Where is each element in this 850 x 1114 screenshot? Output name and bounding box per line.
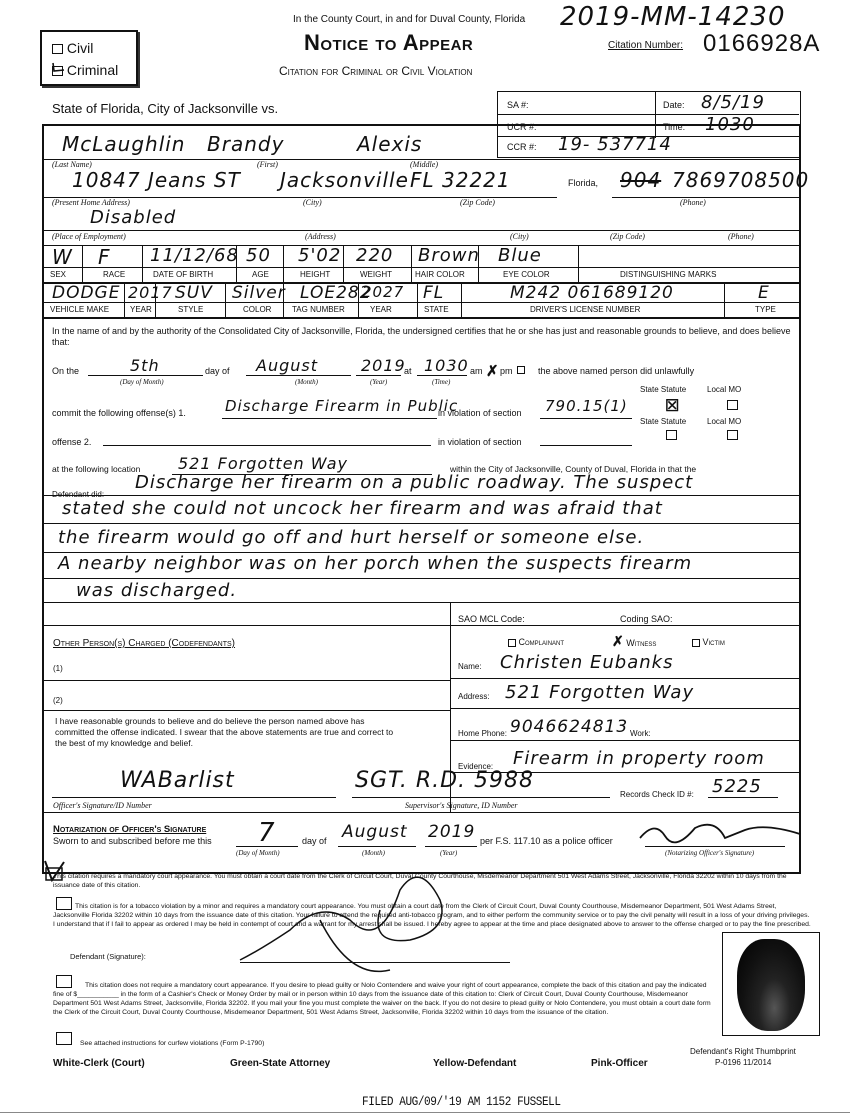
complainant-checkbox[interactable] bbox=[508, 639, 516, 647]
narrative-line-4: A nearby neighbor was on her porch when … bbox=[58, 553, 692, 574]
drivers-license-label: DRIVER'S LICENSE NUMBER bbox=[530, 305, 640, 314]
race-label: RACE bbox=[103, 270, 125, 279]
sex-label: SEX bbox=[50, 270, 66, 279]
victim-option[interactable]: Victim bbox=[692, 637, 725, 647]
notary-signature-label: (Notarizing Officer's Signature) bbox=[665, 849, 754, 857]
license-type-label: TYPE bbox=[755, 305, 776, 314]
court-line: In the County Court, in and for Duval Co… bbox=[293, 14, 525, 25]
records-check-value: 5225 bbox=[712, 776, 762, 797]
witness-address: 521 Forgotten Way bbox=[505, 682, 694, 703]
vehicle-color-label: COLOR bbox=[243, 305, 271, 314]
complainant-option[interactable]: Complainant bbox=[508, 637, 564, 647]
offense-location: 521 Forgotten Way bbox=[178, 454, 348, 473]
copy-pink: Pink-Officer bbox=[591, 1058, 648, 1069]
citation-number-label: Citation Number: bbox=[608, 40, 683, 51]
home-state-zip: FL 32221 bbox=[410, 168, 511, 192]
thumbprint-label: Defendant's Right Thumbprint bbox=[690, 1047, 796, 1056]
weight-value: 220 bbox=[356, 245, 393, 266]
tag-number-label: TAG NUMBER bbox=[292, 305, 345, 314]
officer-signature[interactable]: WABarlist bbox=[120, 768, 235, 793]
codefendant-1: (1) bbox=[53, 664, 63, 673]
employment: Disabled bbox=[90, 207, 176, 228]
notary-year-label: (Year) bbox=[440, 849, 457, 857]
am-checkbox-checked[interactable]: ✗ bbox=[486, 362, 499, 380]
witness-home-phone-label: Home Phone: bbox=[458, 729, 507, 738]
pm-label: pm bbox=[500, 366, 513, 376]
notary-per-text: per F.S. 117.10 as a police officer bbox=[480, 836, 613, 846]
violation1-label: in violation of section bbox=[438, 408, 522, 418]
location-label: at the following location bbox=[52, 464, 140, 474]
height-value: 5'02 bbox=[298, 245, 341, 266]
dob-value: 11/12/68 bbox=[150, 245, 239, 266]
narrative-line-1: Discharge her firearm on a public roadwa… bbox=[135, 472, 693, 493]
age-value: 50 bbox=[246, 245, 271, 266]
sao-mcl-label: SAO MCL Code: bbox=[458, 614, 525, 624]
emp-city-label: (City) bbox=[510, 232, 529, 241]
offense2-label: offense 2. bbox=[52, 437, 91, 447]
victim-checkbox[interactable] bbox=[692, 639, 700, 647]
officer-signature-label: Officer's Signature/ID Number bbox=[53, 801, 152, 810]
age-label: AGE bbox=[252, 270, 269, 279]
unlawfully-text: the above named person did unlawfully bbox=[538, 366, 694, 376]
officer-oath: I have reasonable grounds to believe and… bbox=[55, 716, 405, 749]
vehicle-year-label: YEAR bbox=[130, 305, 152, 314]
hair-color-value: Brown bbox=[418, 245, 480, 266]
offense1-label: commit the following offense(s) 1. bbox=[52, 408, 186, 418]
distinguishing-marks-label: DISTINGUISHING MARKS bbox=[620, 270, 716, 279]
notary-day-label: (Day of Month) bbox=[236, 849, 280, 857]
notary-signature[interactable] bbox=[635, 818, 805, 848]
year-label: (Year) bbox=[370, 378, 387, 386]
am-label: am bbox=[470, 366, 483, 376]
local-mo-checkbox-2[interactable] bbox=[727, 430, 738, 440]
zip-label: (Zip Code) bbox=[460, 198, 495, 207]
filed-stamp: FILED AUG/09/'19 AM 1152 FUSSELL bbox=[362, 1094, 561, 1109]
evidence-value: Firearm in property room bbox=[513, 748, 765, 769]
day-label: (Day of Month) bbox=[120, 378, 164, 386]
emp-phone-label: (Phone) bbox=[728, 232, 754, 241]
first-name-label: (First) bbox=[257, 160, 278, 169]
notary-day-of: day of bbox=[302, 836, 327, 846]
notary-month: August bbox=[342, 822, 408, 842]
home-address: 10847 Jeans ST bbox=[72, 168, 241, 192]
offense-day: 5th bbox=[130, 356, 160, 375]
local-mo-label-1: Local MO bbox=[707, 385, 741, 394]
witness-address-label: Address: bbox=[458, 692, 490, 701]
thumbprint-box bbox=[722, 932, 820, 1036]
offense-year: 2019 bbox=[361, 356, 406, 375]
height-label: HEIGHT bbox=[300, 270, 330, 279]
case-number: 2019-MM-14230 bbox=[560, 2, 786, 32]
on-the-label: On the bbox=[52, 366, 79, 376]
tag-year-value: 2027 bbox=[362, 283, 404, 301]
license-type-value: E bbox=[758, 283, 770, 303]
copy-yellow: Yellow-Defendant bbox=[433, 1058, 516, 1069]
first-name: Brandy bbox=[207, 132, 284, 156]
checkmark-icon bbox=[51, 61, 65, 75]
eye-color-value: Blue bbox=[498, 245, 542, 266]
florida-label: Florida, bbox=[568, 178, 598, 188]
civil-checkbox[interactable] bbox=[52, 44, 63, 54]
thumbprint-image bbox=[737, 939, 805, 1031]
vehicle-style-value: SUV bbox=[175, 283, 213, 303]
address-label: (Present Home Address) bbox=[52, 198, 130, 207]
notary-year: 2019 bbox=[428, 822, 475, 842]
phone-label: (Phone) bbox=[680, 198, 706, 207]
tag-state-value: FL bbox=[423, 283, 444, 303]
local-mo-checkbox-1[interactable] bbox=[727, 400, 738, 410]
day-of-label: day of bbox=[205, 366, 230, 376]
city-label: (City) bbox=[303, 198, 322, 207]
month-label: (Month) bbox=[295, 378, 318, 386]
curfew-checkbox[interactable] bbox=[56, 1032, 72, 1045]
witness-option[interactable]: ✗ Witness bbox=[612, 633, 656, 650]
defendant-signature-label: Defendant (Signature): bbox=[70, 952, 146, 961]
criminal-checkbox[interactable] bbox=[52, 66, 63, 76]
records-check-label: Records Check ID #: bbox=[620, 790, 694, 799]
state-statute-label-1: State Statute bbox=[640, 385, 686, 394]
page-subtitle: Citation for Criminal or Civil Violation bbox=[279, 64, 472, 78]
vehicle-make-value: DODGE bbox=[52, 283, 120, 303]
race-value: F bbox=[98, 245, 111, 269]
emp-address-label: (Address) bbox=[305, 232, 336, 241]
case-type-box: Civil Criminal bbox=[40, 30, 138, 86]
curfew-notice: See attached instructions for curfew vio… bbox=[80, 1039, 264, 1048]
sa-label: SA #: bbox=[507, 100, 529, 110]
employment-label: (Place of Employment) bbox=[52, 232, 126, 241]
page-title: Notice to Appear bbox=[304, 30, 473, 56]
home-phone: 7869708500 bbox=[672, 168, 809, 192]
date-label: Date: bbox=[663, 100, 685, 110]
at-label: at bbox=[404, 366, 412, 376]
narrative-line-3: the firearm would go off and hurt hersel… bbox=[58, 527, 644, 548]
form-number: P-0196 11/2014 bbox=[715, 1058, 771, 1067]
home-city: Jacksonville bbox=[280, 168, 409, 192]
authority-statement: In the name of and by the authority of t… bbox=[52, 326, 797, 348]
copy-white: White-Clerk (Court) bbox=[53, 1058, 145, 1069]
narrative-line-5: was discharged. bbox=[76, 580, 237, 601]
vehicle-make-label: VEHICLE MAKE bbox=[50, 305, 109, 314]
drivers-license-value: M242 061689120 bbox=[510, 283, 674, 303]
vehicle-color-value: Silver bbox=[232, 283, 286, 303]
evidence-label: Evidence: bbox=[458, 762, 493, 771]
local-mo-label-2: Local MO bbox=[707, 417, 741, 426]
tag-state-label: STATE bbox=[424, 305, 449, 314]
weight-label: WEIGHT bbox=[360, 270, 392, 279]
vehicle-year-value: 2017 bbox=[128, 283, 173, 302]
tag-number-value: LOE282 bbox=[300, 283, 372, 303]
narrative-line-2: stated she could not uncock her firearm … bbox=[62, 498, 663, 519]
vehicle-style-label: STYLE bbox=[178, 305, 203, 314]
notary-day: 7 bbox=[258, 818, 276, 848]
sworn-text: Sworn to and subscribed before me this bbox=[53, 836, 212, 846]
witness-checkbox-checked[interactable]: ✗ bbox=[612, 633, 624, 649]
date-value: 8/5/19 bbox=[701, 92, 765, 113]
pm-checkbox[interactable] bbox=[517, 366, 525, 374]
notarization-title: Notarization of Officer's Signature bbox=[53, 824, 206, 835]
case-caption: State of Florida, City of Jacksonville v… bbox=[52, 101, 278, 116]
supervisor-signature-label: Supervisor's Signature, ID Number bbox=[405, 801, 518, 810]
emp-zip-label: (Zip Code) bbox=[610, 232, 645, 241]
state-statute-label-2: State Statute bbox=[640, 417, 686, 426]
witness-name: Christen Eubanks bbox=[500, 652, 673, 673]
witness-name-label: Name: bbox=[458, 662, 482, 671]
offense-time: 1030 bbox=[424, 356, 469, 375]
last-name: McLaughlin bbox=[62, 132, 186, 156]
witness-work-label: Work: bbox=[630, 729, 651, 738]
sex-value: W bbox=[52, 245, 73, 269]
witness-home-phone: 9046624813 bbox=[510, 717, 628, 737]
tag-year-label: YEAR bbox=[370, 305, 392, 314]
phone-struck: 904 bbox=[620, 168, 661, 192]
offense1-value: Discharge Firearm in Public bbox=[225, 397, 458, 415]
offense-month: August bbox=[256, 356, 318, 375]
criminal-option[interactable]: Criminal bbox=[52, 62, 118, 78]
copy-green: Green-State Attorney bbox=[230, 1058, 330, 1069]
coding-sao-label: Coding SAO: bbox=[620, 614, 673, 624]
notary-month-label: (Month) bbox=[362, 849, 385, 857]
offense1-section: 790.15(1) bbox=[545, 397, 628, 415]
hair-color-label: HAIR COLOR bbox=[415, 270, 465, 279]
eye-color-label: EYE COLOR bbox=[503, 270, 550, 279]
codefendants-title: Other Person(s) Charged (Codefendants) bbox=[53, 638, 235, 649]
middle-name: Alexis bbox=[357, 132, 422, 156]
dob-label: DATE OF BIRTH bbox=[153, 270, 213, 279]
non-mandatory-notice: This citation does not require a mandato… bbox=[53, 981, 718, 1017]
defendant-signature[interactable] bbox=[230, 860, 470, 980]
citation-number: 0166928A bbox=[703, 30, 820, 58]
codefendant-2: (2) bbox=[53, 696, 63, 705]
civil-option[interactable]: Civil bbox=[52, 40, 93, 56]
time-label: (Time) bbox=[432, 378, 450, 386]
state-statute-checkbox-1-checked[interactable]: ☒ bbox=[665, 396, 679, 416]
state-statute-checkbox-2[interactable] bbox=[666, 430, 677, 440]
violation2-label: in violation of section bbox=[438, 437, 522, 447]
